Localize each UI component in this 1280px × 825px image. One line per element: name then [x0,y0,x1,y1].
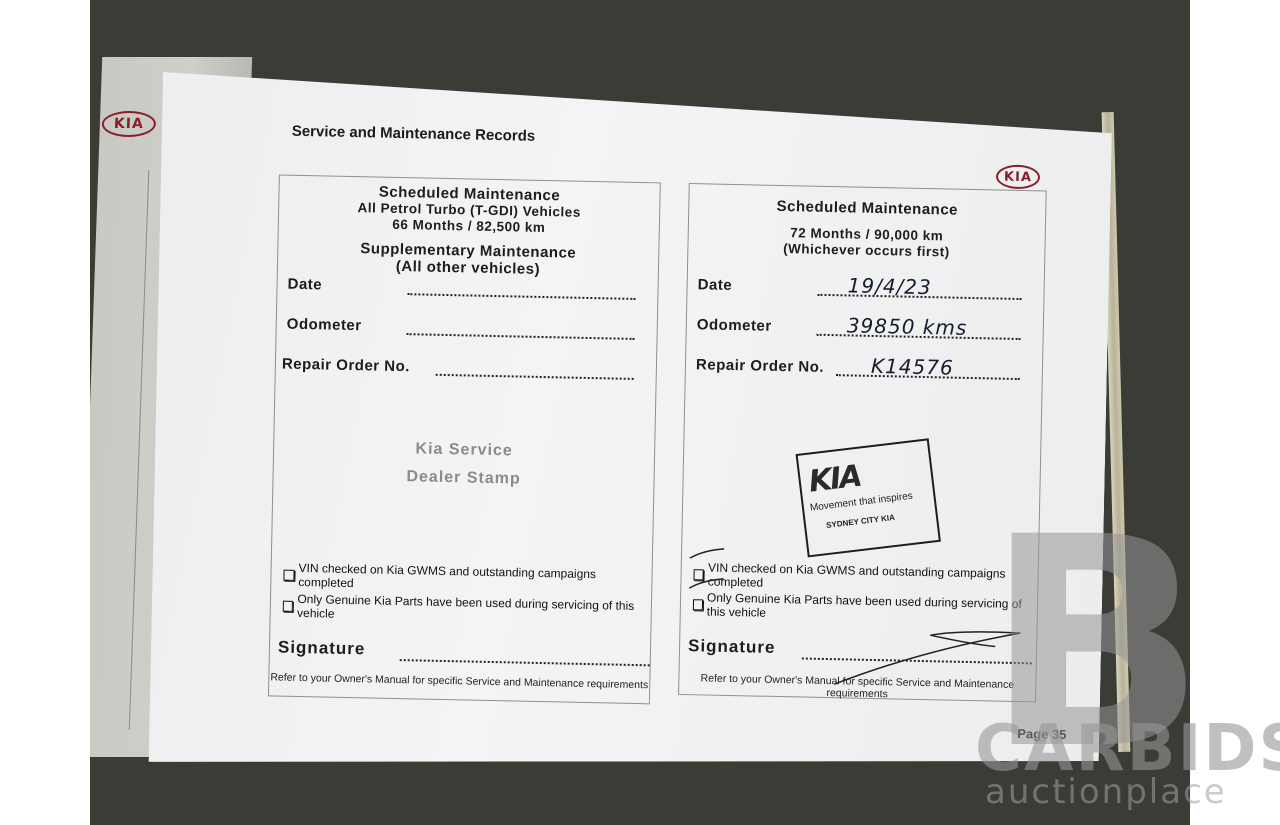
stamp-placeholder: Kia Service [274,437,654,463]
stamp-placeholder: Dealer Stamp [273,465,653,491]
footer-note: Refer to your Owner's Manual for specifi… [679,672,1035,703]
service-record-page: Service and Maintenance Records KIA Sche… [149,72,1113,782]
date-value: 19/4/23 [847,273,932,299]
checkbox-checked-icon[interactable] [693,599,703,610]
repair-order-field[interactable]: Repair Order No. [276,355,656,363]
repair-order-label: Repair Order No. [696,356,824,376]
dealer-stamp: KIA Movement that inspires SYDNEY CITY K… [796,438,941,557]
checkbox-checked-icon[interactable] [693,569,704,580]
odometer-label: Odometer [287,316,362,335]
odometer-field[interactable]: Odometer 39850 kms [687,316,1043,323]
page-title: Service and Maintenance Records [292,123,536,145]
kia-logo-icon: KIA [996,164,1040,189]
odometer-label: Odometer [697,316,772,335]
signature-label: Signature [278,638,366,660]
signature-label: Signature [688,636,776,658]
signature-field[interactable] [400,658,650,666]
kia-logo-icon: KIA [101,111,156,137]
date-label: Date [287,276,322,294]
vin-check[interactable]: VIN checked on Kia GWMS and outstanding … [283,561,652,597]
genuine-parts-check[interactable]: Only Genuine Kia Parts have been used du… [283,592,652,628]
date-label: Date [697,276,732,294]
date-field[interactable]: Date 19/4/23 [688,276,1044,283]
record-heading: Scheduled Maintenance [689,196,1045,220]
repair-order-label: Repair Order No. [282,356,410,376]
kia-brand-icon: KIA [807,459,862,500]
odometer-value: 39850 kms [847,313,968,340]
repair-order-value: K14576 [871,354,954,380]
repair-order-field[interactable]: Repair Order No. K14576 [686,356,1042,363]
stamp-dealer-name: SYDNEY CITY KIA [826,513,896,530]
footer-note: Refer to your Owner's Manual for specifi… [269,671,649,691]
watermark-tagline: auctionplace [985,772,1227,812]
service-record-left: Scheduled Maintenance All Petrol Turbo (… [268,174,661,704]
checkbox-icon[interactable] [283,569,294,580]
odometer-field[interactable]: Odometer [277,315,657,323]
checkbox-icon[interactable] [283,600,294,611]
